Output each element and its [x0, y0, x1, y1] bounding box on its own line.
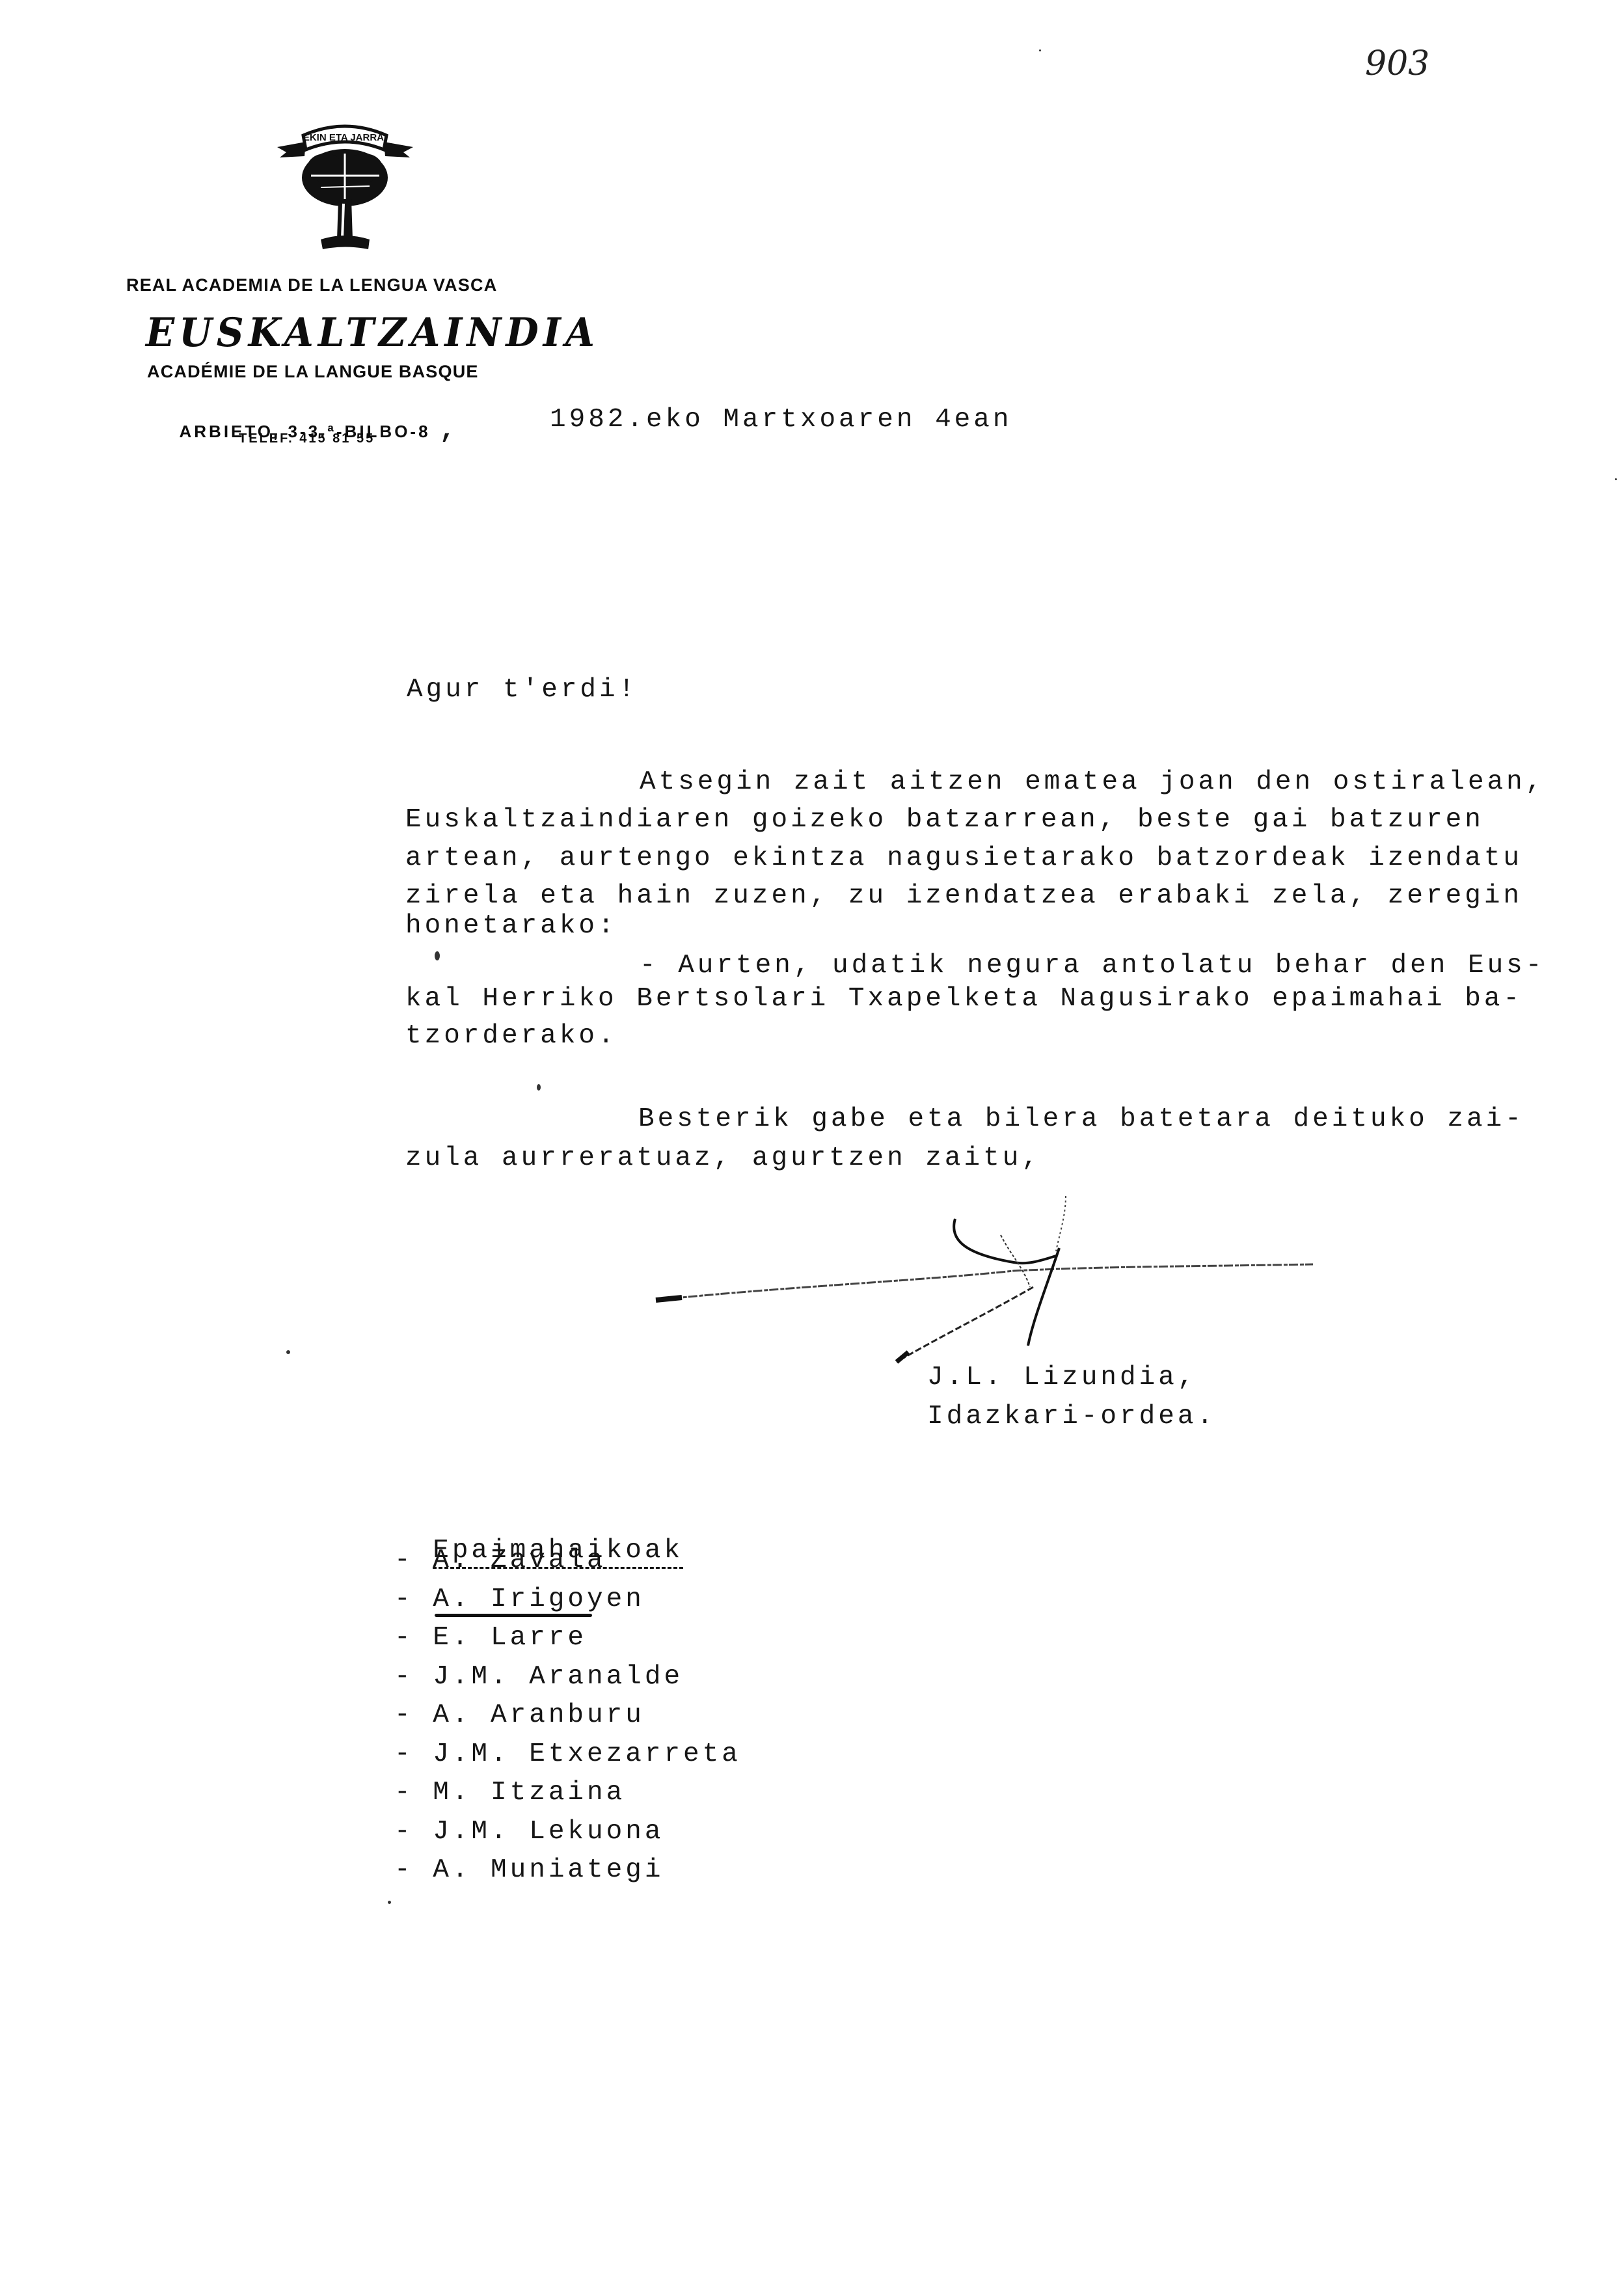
body-item-line-2: kal Herriko Bertsolari Txapelketa Nagusi…	[405, 986, 1522, 1012]
address-comma: ,	[440, 416, 459, 446]
handwritten-underline	[435, 1614, 592, 1617]
jury-member: - A. Muniategi	[394, 1857, 664, 1884]
body-paragraph-1-line-1: Atsegin zait aitzen ematea joan den osti…	[640, 769, 1545, 796]
jury-member: - A. Aranburu	[394, 1702, 645, 1729]
jury-member: - A. Irigoyen	[394, 1586, 645, 1613]
scan-speck	[286, 1350, 290, 1354]
logo-motto: EKIN ETA JARRAI	[303, 132, 386, 143]
body-paragraph-2-line-2: zula aurreratuaz, agurtzen zaitu,	[405, 1145, 1041, 1172]
page-number: 903	[1365, 44, 1429, 83]
academy-name-fr: ACADÉMIE DE LA LANGUE BASQUE	[147, 363, 479, 381]
scan-speck	[1039, 49, 1041, 51]
letter-date: 1982.eko Martxoaren 4ean	[550, 407, 1012, 433]
signatory-title: Idazkari-ordea.	[927, 1404, 1216, 1430]
jury-member: - J.M. Etxezarreta	[394, 1741, 741, 1768]
jury-member: - E. Larre	[394, 1625, 587, 1651]
academy-title: EUSKALTZAINDIA	[146, 313, 599, 353]
body-item-line-3: tzorderako.	[405, 1023, 617, 1050]
academy-phone: TELEF. 415 81 55	[239, 432, 375, 445]
body-paragraph-2-line-1: Besterik gabe eta bilera batetara deituk…	[638, 1106, 1524, 1133]
signatory-name: J.L. Lizundia,	[927, 1365, 1197, 1391]
scan-speck	[388, 1901, 391, 1904]
greeting: Agur t'erdi!	[407, 677, 638, 703]
jury-member: - M. Itzaina	[394, 1780, 625, 1806]
scan-speck	[1615, 478, 1617, 480]
academy-name-es: REAL ACADEMIA DE LA LENGUA VASCA	[126, 277, 497, 294]
body-paragraph-1-line-4: zirela eta hain zuzen, zu izendatzea era…	[405, 883, 1522, 910]
handwritten-signature	[644, 1178, 1327, 1373]
scan-speck	[435, 951, 440, 960]
jury-member: - J.M. Lekuona	[394, 1819, 664, 1845]
body-paragraph-1-line-3: artean, aurtengo ekintza nagusietarako b…	[405, 845, 1522, 872]
scan-speck	[537, 1084, 541, 1091]
body-item-line-1: - Aurten, udatik negura antolatu behar d…	[640, 953, 1545, 979]
body-paragraph-1-line-5: honetarako:	[405, 913, 617, 940]
jury-member: - J.M. Aranalde	[394, 1664, 683, 1691]
jury-member: - A. Zavala	[394, 1547, 606, 1574]
tree-logo-icon: EKIN ETA JARRAI	[260, 104, 420, 244]
body-paragraph-1-line-2: Euskaltzaindiaren goizeko batzarrean, be…	[405, 807, 1484, 834]
